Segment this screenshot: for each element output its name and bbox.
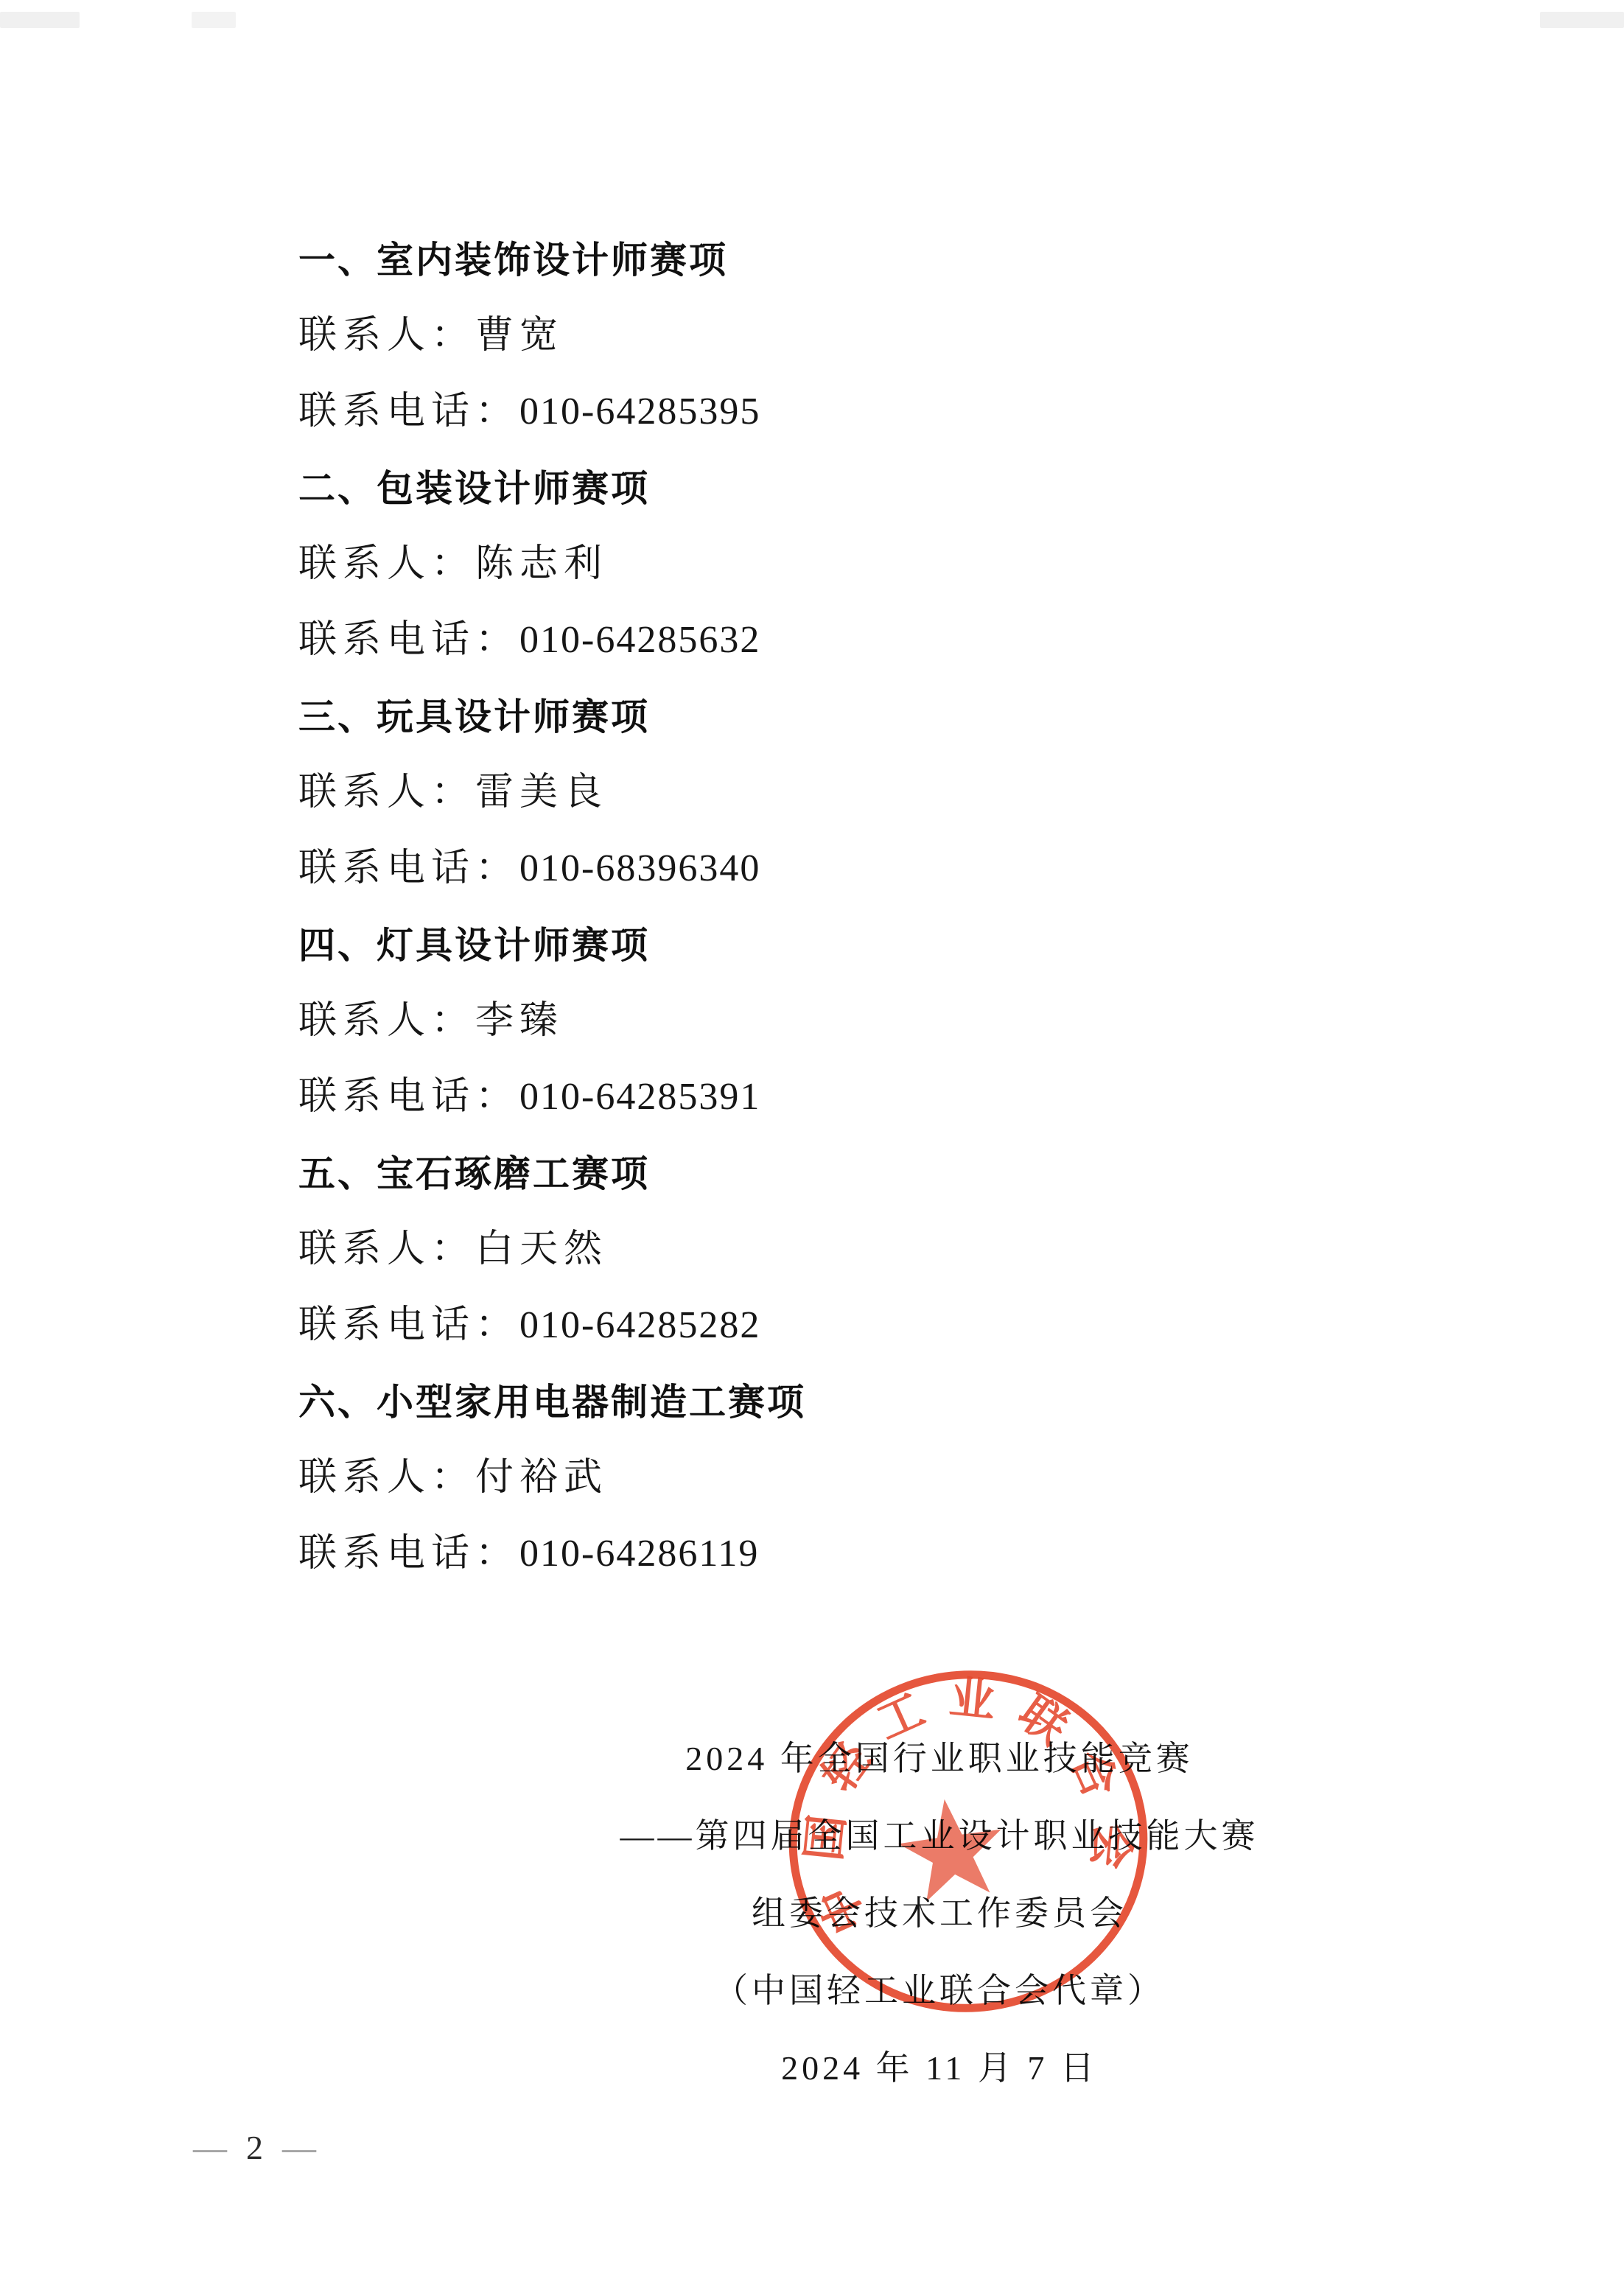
footer-left-dash: —: [193, 2129, 227, 2166]
contact-name: 李臻: [475, 1000, 564, 1042]
phone-label: 联系电话：: [298, 1076, 519, 1118]
contact-phone-line: 联系电话：010-64285391: [298, 1071, 760, 1123]
scan-artifact: [1540, 12, 1624, 28]
contact-name: 曹宽: [475, 315, 564, 357]
contest-section: 五、宝石琢磨工赛项 联系人：白天然 联系电话：010-64285282: [298, 1148, 760, 1351]
contact-label: 联系人：: [298, 771, 475, 813]
section-heading: 四、灯具设计师赛项: [298, 920, 760, 971]
section-heading: 一、室内装饰设计师赛项: [298, 234, 760, 286]
contact-phone-line: 联系电话：010-68396340: [298, 843, 760, 895]
contact-label: 联系人：: [298, 315, 475, 357]
section-heading: 五、宝石琢磨工赛项: [298, 1148, 760, 1200]
contact-phone-line: 联系电话：010-64286119: [298, 1528, 806, 1580]
contact-person-line: 联系人：曹宽: [298, 310, 760, 362]
phone-label: 联系电话：: [298, 847, 519, 889]
phone-number: 010-64285282: [519, 1304, 760, 1346]
section-heading: 二、包装设计师赛项: [298, 463, 760, 514]
phone-label: 联系电话：: [298, 1304, 519, 1346]
scan-artifact: [192, 12, 236, 28]
phone-number: 010-68396340: [519, 847, 760, 889]
contact-name: 白天然: [475, 1228, 608, 1270]
phone-number: 010-64285395: [519, 391, 760, 433]
section-heading: 三、玩具设计师赛项: [298, 691, 760, 743]
contact-name: 付裕武: [475, 1457, 608, 1499]
section-heading: 六、小型家用电器制造工赛项: [298, 1376, 806, 1428]
phone-label: 联系电话：: [298, 619, 519, 661]
closing-committee-line: 组委会技术工作委员会: [368, 1888, 1511, 1939]
footer-page-digit: 2: [227, 2129, 282, 2166]
closing-competition-line: 2024 年全国行业职业技能竞赛: [368, 1733, 1511, 1785]
contact-name: 陈志利: [475, 543, 608, 585]
contact-label: 联系人：: [298, 543, 475, 585]
contest-section: 六、小型家用电器制造工赛项 联系人：付裕武 联系电话：010-64286119: [298, 1376, 806, 1580]
contact-label: 联系人：: [298, 1457, 475, 1499]
contact-person-line: 联系人：白天然: [298, 1224, 760, 1275]
contact-phone-line: 联系电话：010-64285632: [298, 615, 760, 666]
contact-person-line: 联系人：陈志利: [298, 539, 760, 590]
contact-person-line: 联系人：付裕武: [298, 1452, 806, 1504]
phone-number: 010-64286119: [519, 1533, 759, 1575]
contest-section: 二、包装设计师赛项 联系人：陈志利 联系电话：010-64285632: [298, 463, 760, 666]
phone-number: 010-64285391: [519, 1076, 760, 1118]
scan-artifact: [0, 12, 80, 28]
contact-phone-line: 联系电话：010-64285282: [298, 1300, 760, 1351]
phone-label: 联系电话：: [298, 1533, 519, 1575]
contact-person-line: 联系人：雷美良: [298, 767, 760, 819]
footer-right-dash: —: [282, 2129, 316, 2166]
contact-person-line: 联系人：李臻: [298, 995, 760, 1047]
contest-section: 三、玩具设计师赛项 联系人：雷美良 联系电话：010-68396340: [298, 691, 760, 895]
page-number: —2—: [193, 2126, 316, 2170]
contest-section: 一、室内装饰设计师赛项 联系人：曹宽 联系电话：010-64285395: [298, 234, 760, 438]
contact-label: 联系人：: [298, 1000, 475, 1042]
phone-number: 010-64285632: [519, 619, 760, 661]
phone-label: 联系电话：: [298, 391, 519, 433]
closing-seal-note-line: （中国轻工业联合会代章）: [368, 1965, 1511, 2017]
contact-label: 联系人：: [298, 1228, 475, 1270]
closing-contest-name-line: ——第四届全国工业设计职业技能大赛: [368, 1810, 1511, 1862]
contact-phone-line: 联系电话：010-64285395: [298, 386, 760, 438]
contact-name: 雷美良: [475, 771, 608, 813]
contest-section: 四、灯具设计师赛项 联系人：李臻 联系电话：010-64285391: [298, 920, 760, 1123]
closing-date-line: 2024 年 11 月 7 日: [368, 2043, 1511, 2094]
